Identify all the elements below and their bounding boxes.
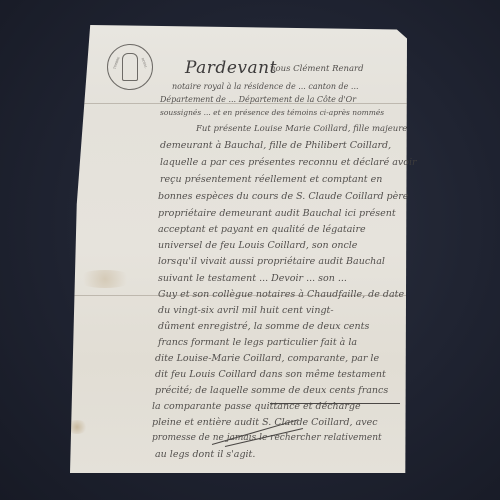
closing-rule bbox=[270, 403, 400, 404]
text-line: propriétaire demeurant audit Bauchal ici… bbox=[158, 208, 396, 219]
stamp-right-text: ROYAL bbox=[141, 57, 148, 68]
text-line: au legs dont il s'agit. bbox=[155, 449, 255, 460]
text-line: soussignés ... et en présence des témoin… bbox=[160, 108, 384, 117]
text-line: reçu présentement réellement et comptant… bbox=[160, 174, 382, 185]
text-line: du vingt-six avril mil huit cent vingt- bbox=[158, 305, 334, 316]
text-line: dite Louise-Marie Coillard, comparante, … bbox=[155, 353, 379, 364]
text-line: laquelle a par ces présentes reconnu et … bbox=[160, 157, 417, 168]
text-line: Département de ... Département de la Côt… bbox=[160, 95, 356, 104]
text-line: bonnes espèces du cours de S. Claude Coi… bbox=[158, 191, 408, 202]
seal-stamp-icon: TIMBRE ROYAL bbox=[107, 44, 153, 90]
stain bbox=[75, 270, 135, 288]
document-heading: Pardevant bbox=[185, 58, 277, 78]
text-line: suivant le testament ... Devoir ... son … bbox=[158, 273, 347, 284]
text-line: dûment enregistré, la somme de deux cent… bbox=[158, 321, 369, 332]
text-line: promesse de ne jamais le rechercher rela… bbox=[152, 433, 382, 443]
text-line: demeurant à Bauchal, fille de Philibert … bbox=[160, 140, 391, 151]
text-line: universel de feu Louis Coillard, son onc… bbox=[158, 240, 357, 251]
text-line: nous Clément Renard bbox=[270, 64, 364, 74]
text-line: notaire royal à la résidence de ... cant… bbox=[172, 82, 359, 91]
text-line: dit feu Louis Coillard dans son même tes… bbox=[155, 369, 386, 380]
text-line: lorsqu'il vivait aussi propriétaire audi… bbox=[158, 256, 385, 267]
text-line: francs formant le legs particulier fait … bbox=[158, 337, 357, 348]
text-line: Fut présente Louise Marie Coillard, fill… bbox=[196, 124, 407, 134]
stamp-left-text: TIMBRE bbox=[112, 56, 120, 70]
text-line: pleine et entière audit S. Claude Coilla… bbox=[152, 417, 378, 428]
text-line: Guy et son collègue notaires à Chaudfail… bbox=[158, 289, 404, 300]
text-line: acceptant et payant en qualité de légata… bbox=[158, 224, 366, 235]
text-line: précité; de laquelle somme de deux cents… bbox=[155, 385, 388, 396]
